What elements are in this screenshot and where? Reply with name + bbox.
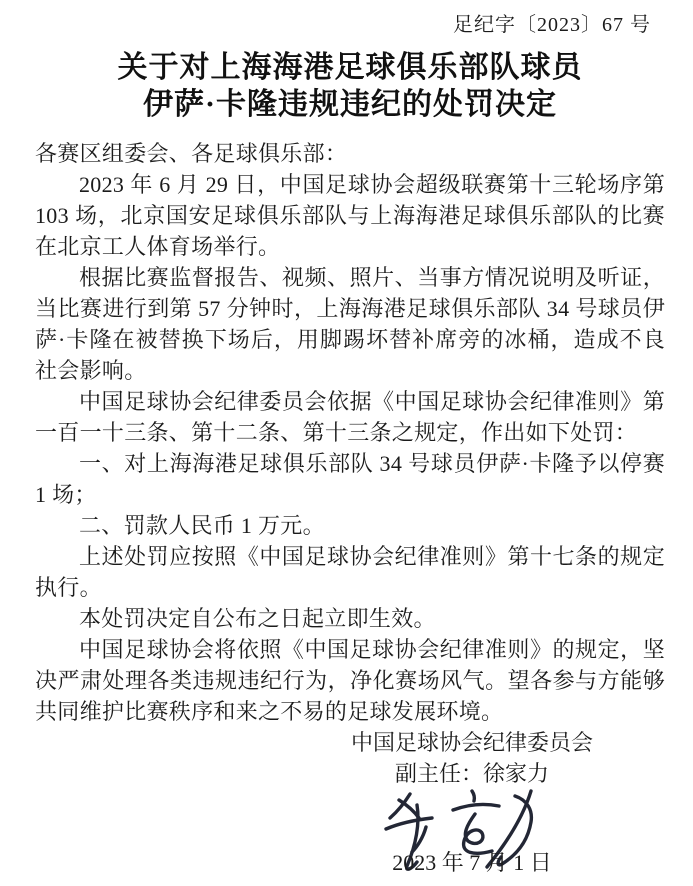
title-line-2: 伊萨·卡隆违规违纪的处罚决定 — [143, 88, 557, 121]
signoff-date: 2023 年 7 月 1 日 — [337, 847, 607, 878]
paragraph-match-info: 2023 年 6 月 29 日，中国足球协会超级联赛第十三轮场序第 103 场，… — [35, 169, 665, 262]
salutation: 各赛区组委会、各足球俱乐部： — [35, 138, 665, 169]
paragraph-execution: 上述处罚应按照《中国足球协会纪律准则》第十七条的规定执行。 — [35, 541, 665, 603]
page-title: 关于对上海海港足球俱乐部队球员 伊萨·卡隆违规违纪的处罚决定 — [35, 49, 665, 123]
paragraph-ruling-basis: 中国足球协会纪律委员会依据《中国足球协会纪律准则》第一百一十三条、第十二条、第十… — [35, 386, 665, 448]
doc-number: 足纪字〔2023〕67 号 — [35, 12, 665, 39]
signoff-block: 中国足球协会纪律委员会 副主任：徐家力 2023 年 7 月 1 日 — [337, 727, 607, 878]
document-page: 足纪字〔2023〕67 号 关于对上海海港足球俱乐部队球员 伊萨·卡隆违规违纪的… — [0, 0, 693, 886]
handwritten-signature — [337, 791, 607, 851]
document-body: 各赛区组委会、各足球俱乐部： 2023 年 6 月 29 日，中国足球协会超级联… — [35, 138, 665, 727]
paragraph-penalty-1: 一、对上海海港足球俱乐部队 34 号球员伊萨·卡隆予以停赛 1 场； — [35, 448, 665, 510]
paragraph-penalty-2: 二、罚款人民币 1 万元。 — [35, 510, 665, 541]
paragraph-closing: 中国足球协会将依照《中国足球协会纪律准则》的规定，坚决严肃处理各类违规违纪行为，… — [35, 634, 665, 727]
signoff-org: 中国足球协会纪律委员会 — [337, 727, 607, 758]
title-line-1: 关于对上海海港足球俱乐部队球员 — [118, 51, 583, 84]
paragraph-incident: 根据比赛监督报告、视频、照片、当事方情况说明及听证，当比赛进行到第 57 分钟时… — [35, 262, 665, 386]
paragraph-effective-date: 本处罚决定自公布之日起立即生效。 — [35, 603, 665, 634]
